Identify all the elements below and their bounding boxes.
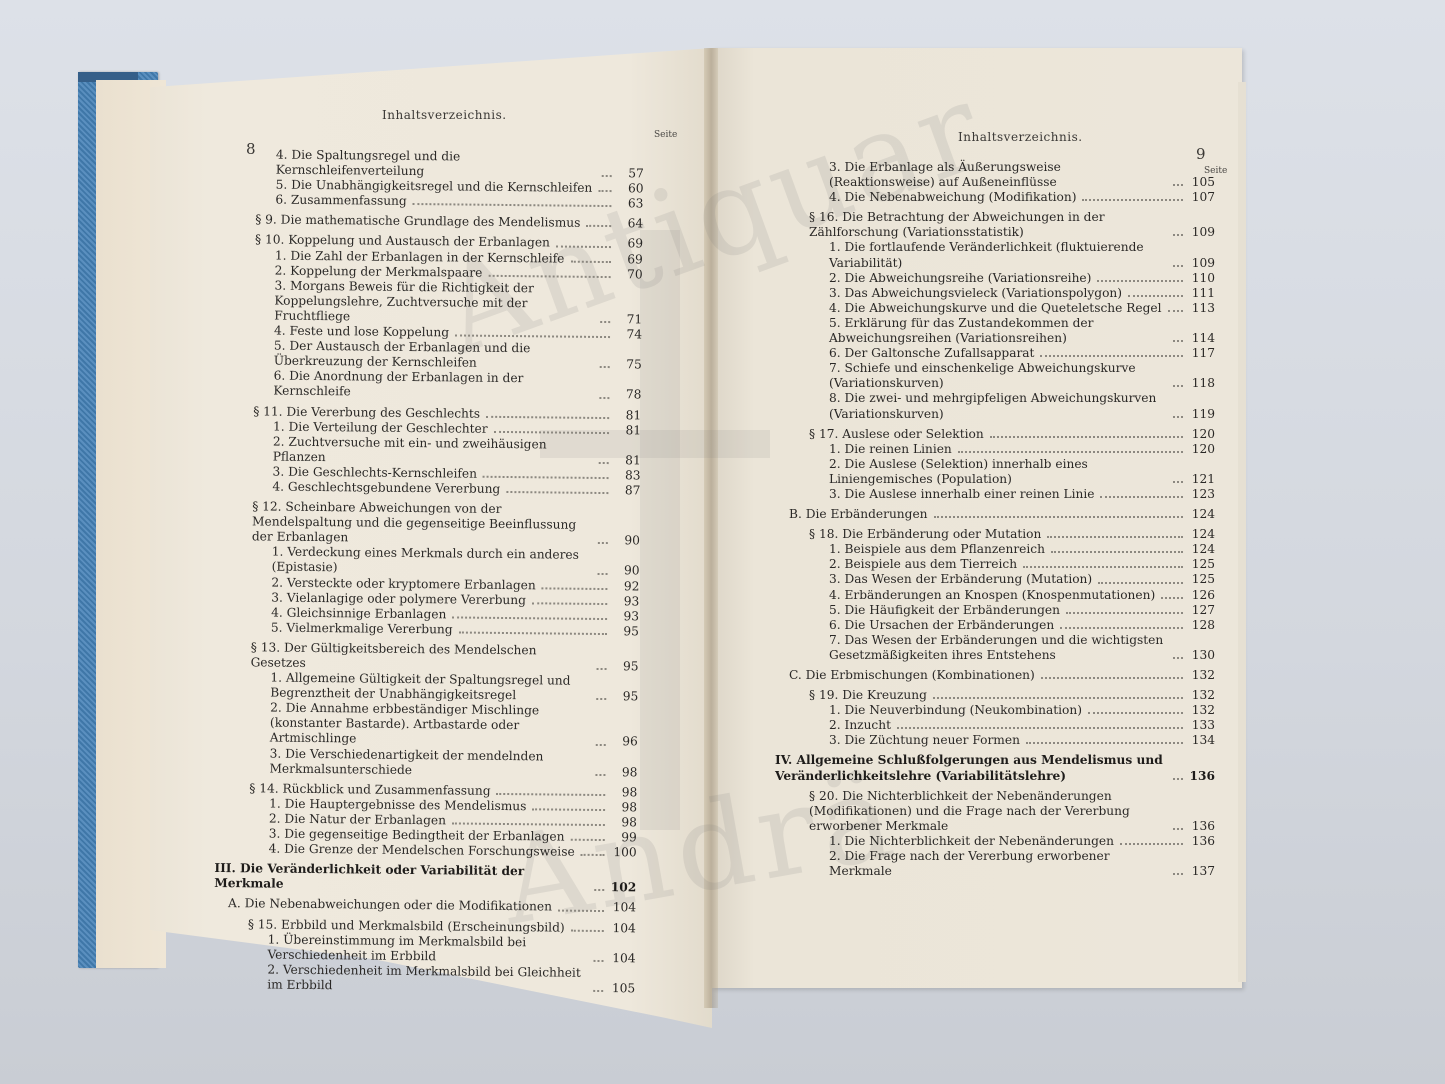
toc-entry: 6. Die Anordnung der Erbanlagen in der K… — [219, 368, 641, 403]
toc-entry: 1. Beispiele aus dem Pflanzenreich124 — [775, 542, 1215, 557]
toc-entry-title: III. Die Veränderlichkeit oder Variabili… — [214, 861, 592, 895]
right-toc-list: 3. Die Erbanlage als Äußerungsweise (Rea… — [775, 160, 1215, 879]
book-gutter — [704, 48, 718, 1008]
toc-entry: B. Die Erbänderungen124 — [775, 507, 1215, 522]
toc-entry-title: 8. Die zwei- und mehrgipfeligen Abweichu… — [829, 391, 1171, 421]
toc-entry-page: 125 — [1187, 557, 1215, 572]
toc-entry-page: 114 — [1187, 331, 1215, 346]
toc-entry-title: 5. Der Austausch der Erbanlagen und die … — [274, 339, 598, 373]
toc-entry-title: 4. Die Grenze der Mendelschen Forschungs… — [269, 842, 579, 860]
dot-leader — [1173, 481, 1183, 483]
toc-entry-title: § 19. Die Kreuzung — [809, 688, 931, 703]
toc-entry-title: 5. Die Häufigkeit der Erbänderungen — [829, 603, 1064, 618]
toc-entry: A. Die Nebenabweichungen oder die Modifi… — [214, 896, 636, 916]
toc-entry-title: 3. Das Abweichungsvieleck (Variationspol… — [829, 286, 1126, 301]
dot-leader — [602, 175, 612, 177]
dot-leader — [1173, 184, 1183, 186]
toc-entry-title: 5. Erklärung für das Zustandekommen der … — [829, 316, 1171, 346]
toc-entry-page: 125 — [1187, 572, 1215, 587]
toc-entry-page: 99 — [609, 830, 637, 845]
toc-entry-page: 109 — [1187, 225, 1215, 240]
dot-leader — [934, 516, 1183, 518]
dot-leader — [452, 822, 605, 826]
left-toc-list: 4. Die Spaltungsregel und die Kernschlei… — [213, 147, 644, 996]
toc-entry-page: 81 — [613, 423, 641, 438]
toc-entry-page: 60 — [616, 181, 644, 196]
toc-entry: 4. Erbänderungen an Knospen (Knospenmuta… — [775, 588, 1215, 603]
toc-entry-title: 2. Verschiedenheit im Merkmalsbild bei G… — [267, 962, 591, 996]
toc-entry-title: 2. Die Annahme erbbeständiger Mischlinge… — [270, 701, 594, 750]
dot-leader — [599, 396, 609, 398]
dot-leader — [1040, 355, 1183, 357]
toc-entry-title: 4. Geschlechtsgebundene Vererbung — [272, 480, 504, 498]
toc-entry-title: 4. Die Spaltungsregel und die Kernschlei… — [276, 148, 600, 182]
toc-entry-page: 81 — [613, 453, 641, 468]
toc-entry-page: 71 — [614, 312, 642, 327]
toc-entry: § 16. Die Betrachtung der Abweichungen i… — [775, 210, 1215, 240]
toc-entry: III. Die Veränderlichkeit oder Variabili… — [214, 861, 636, 896]
dot-leader — [596, 744, 606, 746]
toc-entry: 1. Allgemeine Gültigkeit der Spaltungsre… — [216, 670, 638, 705]
dot-leader — [1173, 873, 1183, 875]
toc-entry: 3. Morgans Beweis für die Richtigkeit de… — [220, 278, 642, 328]
toc-entry-page: 70 — [615, 267, 643, 282]
toc-entry-page: 63 — [615, 196, 643, 211]
toc-entry-title: 2. Die Frage nach der Vererbung erworben… — [829, 849, 1171, 879]
dot-leader — [1173, 265, 1183, 267]
toc-entry-title: 1. Die reinen Linien — [829, 442, 956, 457]
dot-leader — [532, 602, 607, 605]
toc-entry: 2. Beispiele aus dem Tierreich125 — [775, 557, 1215, 572]
toc-entry-page: 95 — [611, 659, 639, 674]
dot-leader — [897, 727, 1183, 729]
toc-entry: § 17. Auslese oder Selektion120 — [775, 427, 1215, 442]
dot-leader — [1173, 828, 1183, 830]
toc-entry-title: 6. Die Anordnung der Erbanlagen in der K… — [273, 369, 597, 403]
toc-entry-title: 1. Übereinstimmung im Merkmalsbild bei V… — [267, 932, 591, 966]
toc-entry-page: 104 — [608, 921, 636, 936]
toc-entry-page: 132 — [1187, 688, 1215, 703]
toc-entry-page: 75 — [614, 357, 642, 372]
dot-leader — [1168, 310, 1183, 312]
toc-entry: 5. Erklärung für das Zustandekommen der … — [775, 316, 1215, 346]
right-running-header: Inhaltsverzeichnis. — [958, 130, 1083, 144]
toc-entry: 3. Das Abweichungsvieleck (Variationspol… — [775, 286, 1215, 301]
toc-entry: § 13. Der Gültigkeitsbereich des Mendels… — [217, 640, 639, 675]
toc-entry-page: 123 — [1187, 487, 1215, 502]
dot-leader — [990, 436, 1183, 438]
dot-leader — [595, 774, 605, 776]
toc-entry-title: B. Die Erbänderungen — [789, 507, 932, 522]
toc-entry-page: 134 — [1187, 733, 1215, 748]
toc-entry: 2. Die Abweichungsreihe (Variationsreihe… — [775, 271, 1215, 286]
toc-entry-page: 109 — [1187, 256, 1215, 271]
toc-entry-title: 4. Die Nebenabweichung (Modifikation) — [829, 190, 1080, 205]
toc-entry-page: 78 — [613, 388, 641, 403]
toc-entry: 6. Der Galtonsche Zufallsapparat117 — [775, 346, 1215, 361]
toc-entry: 2. Verschiedenheit im Merkmalsbild bei G… — [213, 962, 635, 997]
dot-leader — [1047, 536, 1183, 538]
toc-entry: 2. Zuchtversuche mit ein- und zweihäusig… — [219, 434, 641, 469]
toc-entry: 3. Die Auslese innerhalb einer reinen Li… — [775, 487, 1215, 502]
toc-entry-page: 105 — [1187, 175, 1215, 190]
toc-entry-page: 100 — [609, 845, 637, 860]
dot-leader — [1173, 340, 1183, 342]
toc-entry-title: 6. Der Galtonsche Zufallsapparat — [829, 346, 1038, 361]
toc-entry: 1. Die reinen Linien120 — [775, 442, 1215, 457]
toc-entry-title: 7. Das Wesen der Erbänderungen und die w… — [829, 633, 1171, 663]
toc-entry-title: 4. Erbänderungen an Knospen (Knospenmuta… — [829, 588, 1159, 603]
toc-entry: 1. Verdeckung eines Merkmals durch ein a… — [218, 544, 640, 579]
toc-entry-title: 1. Beispiele aus dem Pflanzenreich — [829, 542, 1049, 557]
toc-entry-page: 96 — [610, 735, 638, 750]
dot-leader — [486, 415, 609, 418]
toc-entry: 7. Das Wesen der Erbänderungen und die w… — [775, 633, 1215, 663]
dot-leader — [598, 572, 608, 574]
toc-entry: 5. Der Austausch der Erbanlagen und die … — [220, 338, 642, 373]
toc-entry-title: 2. Beispiele aus dem Tierreich — [829, 557, 1021, 572]
toc-entry-title: 5. Vielmerkmalige Vererbung — [271, 620, 457, 637]
toc-entry-page: 126 — [1187, 588, 1215, 603]
dot-leader — [506, 491, 608, 494]
toc-entry-page: 105 — [607, 981, 635, 996]
dot-leader — [1173, 416, 1183, 418]
toc-entry: 3. Die Erbanlage als Äußerungsweise (Rea… — [775, 160, 1215, 190]
toc-entry-title: 2. Die Auslese (Selektion) innerhalb ein… — [829, 457, 1171, 487]
toc-entry: 6. Zusammenfassung63 — [221, 192, 643, 212]
toc-entry-page: 83 — [613, 468, 641, 483]
toc-entry-page: 98 — [609, 765, 637, 780]
left-seite-label: Seite — [654, 130, 677, 140]
toc-entry: 8. Die zwei- und mehrgipfeligen Abweichu… — [775, 391, 1215, 421]
toc-entry-page: 111 — [1187, 286, 1215, 301]
toc-entry-page: 136 — [1187, 769, 1215, 784]
toc-entry-page: 98 — [609, 815, 637, 830]
toc-entry: § 19. Die Kreuzung132 — [775, 688, 1215, 703]
dot-leader — [556, 245, 611, 248]
toc-entry-title: 1. Die Nichterblichkeit der Nebenänderun… — [829, 834, 1118, 849]
toc-entry-title: 3. Die Auslese innerhalb einer reinen Li… — [829, 487, 1098, 502]
toc-entry-page: 92 — [611, 579, 639, 594]
dot-leader — [413, 203, 612, 207]
toc-entry: 2. Inzucht133 — [775, 718, 1215, 733]
dot-leader — [455, 335, 610, 339]
toc-entry-page: 118 — [1187, 376, 1215, 391]
dot-leader — [483, 476, 609, 479]
dot-leader — [452, 616, 607, 620]
dot-leader — [598, 190, 611, 192]
toc-entry-page: 98 — [609, 800, 637, 815]
dot-leader — [1173, 778, 1183, 780]
dot-leader — [558, 909, 604, 911]
toc-entry-title: 1. Allgemeine Gültigkeit der Spaltungsre… — [270, 671, 594, 705]
toc-entry-title: 3. Das Wesen der Erbänderung (Mutation) — [829, 572, 1096, 587]
toc-entry-page: 124 — [1187, 542, 1215, 557]
toc-entry-title: C. Die Erbmischungen (Kombinationen) — [789, 668, 1039, 683]
toc-entry-page: 120 — [1187, 442, 1215, 457]
toc-entry: 7. Schiefe und einschenkelige Abweichung… — [775, 361, 1215, 391]
dot-leader — [1128, 295, 1183, 297]
dot-leader — [1161, 597, 1183, 599]
toc-entry-page: 104 — [608, 900, 636, 915]
toc-entry-title: § 17. Auslese oder Selektion — [809, 427, 988, 442]
toc-entry-page: 132 — [1187, 668, 1215, 683]
toc-entry-page: 93 — [611, 594, 639, 609]
toc-entry-title: 2. Die Abweichungsreihe (Variationsreihe… — [829, 271, 1095, 286]
dot-leader — [1041, 677, 1183, 679]
toc-entry: 1. Die Nichterblichkeit der Nebenänderun… — [775, 834, 1215, 849]
toc-entry-page: 110 — [1187, 271, 1215, 286]
dot-leader — [497, 793, 606, 796]
dot-leader — [958, 451, 1183, 453]
dot-leader — [599, 462, 609, 464]
dot-leader — [598, 542, 608, 544]
toc-entry-page: 95 — [611, 624, 639, 639]
toc-entry-page: 81 — [613, 408, 641, 423]
toc-entry-title: 7. Schiefe und einschenkelige Abweichung… — [829, 361, 1171, 391]
toc-entry: 6. Die Ursachen der Erbänderungen128 — [775, 618, 1215, 633]
toc-entry-title: § 9. Die mathematische Grundlage des Men… — [255, 213, 584, 232]
dot-leader — [459, 631, 607, 635]
dot-leader — [1082, 199, 1183, 201]
dot-leader — [1120, 843, 1183, 845]
toc-entry: 5. Die Häufigkeit der Erbänderungen127 — [775, 603, 1215, 618]
dot-leader — [488, 275, 610, 278]
dot-leader — [596, 698, 606, 700]
toc-entry-page: 107 — [1187, 190, 1215, 205]
toc-entry: 4. Die Grenze der Mendelschen Forschungs… — [215, 841, 637, 861]
toc-entry-page: 90 — [612, 564, 640, 579]
dot-leader — [933, 697, 1183, 699]
toc-entry: 5. Vielmerkmalige Vererbung95 — [217, 620, 639, 640]
toc-entry: 1. Übereinstimmung im Merkmalsbild bei V… — [213, 932, 635, 967]
toc-entry-title: 3. Die Erbanlage als Äußerungsweise (Rea… — [829, 160, 1171, 190]
toc-entry: 4. Geschlechtsgebundene Vererbung87 — [218, 479, 640, 499]
toc-entry-page: 93 — [611, 609, 639, 624]
toc-entry-page: 124 — [1187, 527, 1215, 542]
toc-entry: § 18. Die Erbänderung oder Mutation124 — [775, 527, 1215, 542]
toc-entry: 3. Das Wesen der Erbänderung (Mutation)1… — [775, 572, 1215, 587]
toc-entry-page: 132 — [1187, 703, 1215, 718]
toc-entry: 4. Die Nebenabweichung (Modifikation)107 — [775, 190, 1215, 205]
dot-leader — [1098, 582, 1183, 584]
toc-entry: 2. Die Frage nach der Vererbung erworben… — [775, 849, 1215, 879]
dot-leader — [600, 366, 610, 368]
toc-entry: 2. Die Auslese (Selektion) innerhalb ein… — [775, 457, 1215, 487]
toc-entry-page: 137 — [1187, 864, 1215, 879]
dot-leader — [593, 990, 603, 992]
page-stack-edge — [1238, 82, 1246, 982]
toc-entry-title: 6. Zusammenfassung — [275, 193, 410, 210]
toc-entry: § 20. Die Nichterblichkeit der Nebenände… — [775, 789, 1215, 834]
toc-entry-title: 2. Zuchtversuche mit ein- und zweihäusig… — [273, 434, 597, 468]
toc-entry-page: 104 — [607, 951, 635, 966]
toc-entry-page: 69 — [615, 252, 643, 267]
toc-entry-title: 3. Die Verschiedenartigkeit der mendelnd… — [269, 746, 593, 780]
dot-leader — [586, 225, 611, 227]
toc-entry-page: 128 — [1187, 618, 1215, 633]
dot-leader — [600, 321, 610, 323]
dot-leader — [1088, 712, 1183, 714]
toc-entry-page: 98 — [609, 785, 637, 800]
toc-entry-title: § 18. Die Erbänderung oder Mutation — [809, 527, 1045, 542]
watermark-sword-icon — [640, 230, 680, 830]
toc-entry-page: 136 — [1187, 834, 1215, 849]
toc-entry-title: 2. Inzucht — [829, 718, 895, 733]
toc-entry-title: 4. Die Abweichungskurve und die Quetelet… — [829, 301, 1166, 316]
toc-entry: § 9. Die mathematische Grundlage des Men… — [221, 212, 643, 232]
dot-leader — [1097, 280, 1183, 282]
toc-entry-title: 1. Die Neuverbindung (Neukombination) — [829, 703, 1086, 718]
toc-entry-page: 64 — [615, 216, 643, 231]
toc-entry-page: 69 — [615, 237, 643, 252]
toc-entry-title: § 16. Die Betrachtung der Abweichungen i… — [809, 210, 1171, 240]
dot-leader — [597, 668, 607, 670]
toc-entry: § 12. Scheinbare Abweichungen von der Me… — [218, 499, 640, 549]
toc-entry-page: 102 — [608, 880, 636, 895]
dot-leader — [594, 889, 604, 891]
toc-entry-page: 121 — [1187, 472, 1215, 487]
toc-entry-page: 124 — [1187, 507, 1215, 522]
dot-leader — [570, 260, 610, 262]
toc-entry-page: 127 — [1187, 603, 1215, 618]
toc-entry: 1. Die Neuverbindung (Neukombination)132 — [775, 703, 1215, 718]
toc-entry-page: 120 — [1187, 427, 1215, 442]
toc-entry-page: 57 — [616, 166, 644, 181]
toc-entry-title: § 20. Die Nichterblichkeit der Nebenände… — [809, 789, 1171, 834]
dot-leader — [1066, 612, 1183, 614]
toc-entry: 3. Die Verschiedenartigkeit der mendelnd… — [215, 746, 637, 781]
toc-entry-page: 119 — [1187, 407, 1215, 422]
toc-entry-page: 136 — [1187, 819, 1215, 834]
dot-leader — [494, 431, 609, 434]
toc-entry: 4. Die Spaltungsregel und die Kernschlei… — [222, 147, 644, 182]
dot-leader — [532, 808, 605, 811]
dot-leader — [1026, 742, 1183, 744]
toc-entry-page: 95 — [610, 689, 638, 704]
toc-entry-title: IV. Allgemeine Schlußfolgerungen aus Men… — [775, 753, 1171, 783]
toc-entry: 3. Die Züchtung neuer Formen134 — [775, 733, 1215, 748]
toc-entry-title: 1. Die fortlaufende Veränderlichkeit (fl… — [829, 240, 1171, 270]
dot-leader — [1023, 566, 1183, 568]
toc-entry-title: 1. Verdeckung eines Merkmals durch ein a… — [272, 545, 596, 579]
toc-entry-page: 87 — [612, 483, 640, 498]
dot-leader — [581, 854, 605, 856]
dot-leader — [1173, 657, 1183, 659]
left-running-header: Inhaltsverzeichnis. — [382, 108, 507, 122]
toc-entry-page: 90 — [612, 533, 640, 548]
toc-entry-page: 130 — [1187, 648, 1215, 663]
dot-leader — [1051, 551, 1183, 553]
toc-entry-title: 6. Die Ursachen der Erbänderungen — [829, 618, 1058, 633]
toc-entry-title: 3. Die Züchtung neuer Formen — [829, 733, 1024, 748]
toc-entry-page: 133 — [1187, 718, 1215, 733]
dot-leader — [570, 839, 604, 841]
toc-entry-title: A. Die Nebenabweichungen oder die Modifi… — [228, 897, 556, 916]
toc-entry: 1. Die fortlaufende Veränderlichkeit (fl… — [775, 240, 1215, 270]
toc-entry: 4. Die Abweichungskurve und die Quetelet… — [775, 301, 1215, 316]
toc-entry-page: 117 — [1187, 346, 1215, 361]
dot-leader — [542, 587, 608, 590]
toc-entry-title: 3. Morgans Beweis für die Richtigkeit de… — [274, 278, 598, 327]
toc-entry: C. Die Erbmischungen (Kombinationen)132 — [775, 668, 1215, 683]
dot-leader — [571, 929, 604, 931]
toc-entry-title: § 13. Der Gültigkeitsbereich des Mendels… — [251, 640, 595, 674]
toc-entry: IV. Allgemeine Schlußfolgerungen aus Men… — [775, 753, 1215, 783]
dot-leader — [1173, 234, 1183, 236]
dot-leader — [1100, 496, 1183, 498]
toc-entry-title: § 12. Scheinbare Abweichungen von der Me… — [252, 499, 596, 548]
dot-leader — [593, 960, 603, 962]
toc-entry-page: 113 — [1187, 301, 1215, 316]
toc-entry: 2. Die Annahme erbbeständiger Mischlinge… — [216, 700, 638, 750]
toc-entry-page: 74 — [614, 327, 642, 342]
dot-leader — [1060, 627, 1183, 629]
dot-leader — [1173, 385, 1183, 387]
